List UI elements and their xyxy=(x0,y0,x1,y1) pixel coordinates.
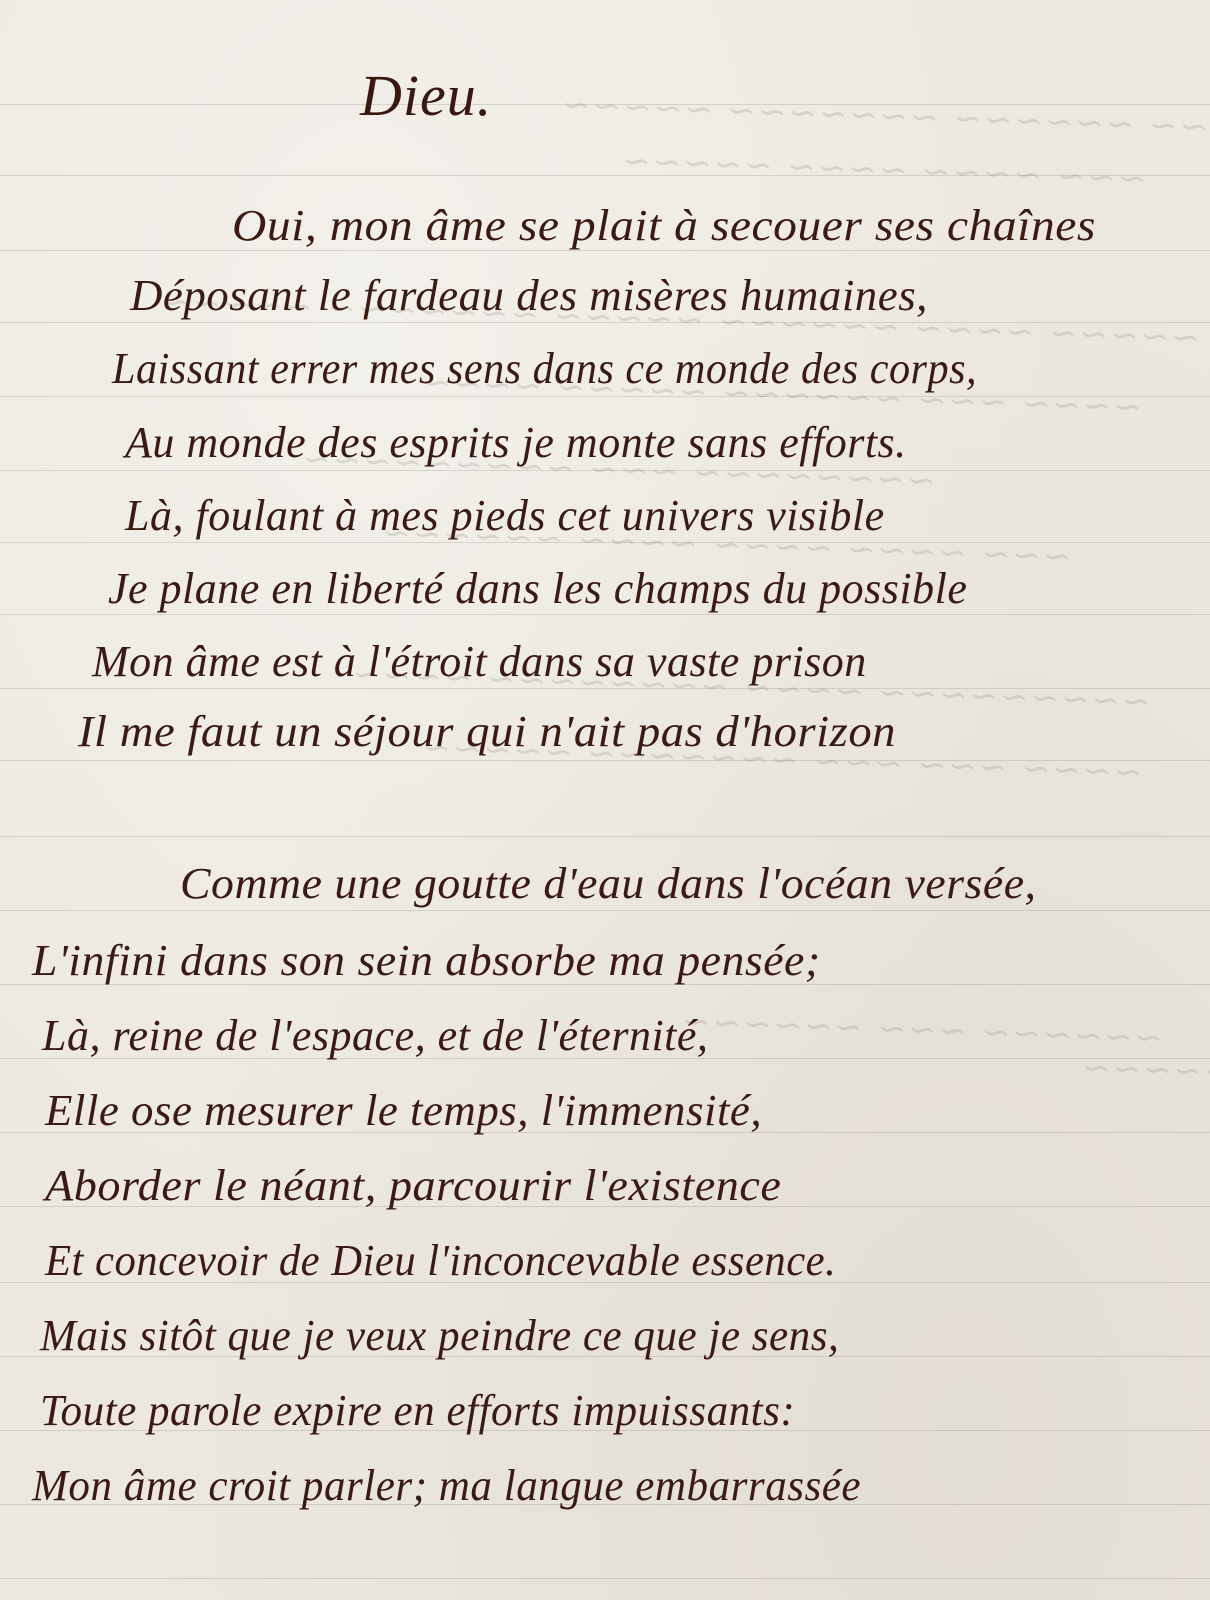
poem-title: Dieu. xyxy=(360,62,492,129)
poem-line: Oui, mon âme se plait à secouer ses chaî… xyxy=(232,200,1096,251)
poem-line: Mais sitôt que je veux peindre ce que je… xyxy=(40,1310,839,1361)
poem-line: Laissant errer mes sens dans ce monde de… xyxy=(112,343,977,394)
ruled-line xyxy=(0,836,1210,837)
ruled-line xyxy=(0,910,1210,911)
poem-line: Et concevoir de Dieu l'inconcevable esse… xyxy=(45,1235,836,1286)
poem-line: Je plane en liberté dans les champs du p… xyxy=(108,563,967,614)
poem-line: Au monde des esprits je monte sans effor… xyxy=(125,417,907,468)
manuscript-page: ~~ ~~~~~~ ~~~~~~~ ~~~~~ ~~~ ~~~~ ~~~~ ~~… xyxy=(0,0,1210,1600)
poem-line: L'infini dans son sein absorbe ma pensée… xyxy=(32,935,821,986)
bleed-through-text: ~~~~~ xyxy=(1079,1047,1210,1092)
poem-line: Mon âme est à l'étroit dans sa vaste pri… xyxy=(92,636,867,687)
poem-line: Là, reine de l'espace, et de l'éternité, xyxy=(42,1010,708,1061)
bleed-through-text: ~~ ~~~~~~ ~~~~~~~ ~~~~~ xyxy=(559,85,1208,148)
poem-line: Là, foulant à mes pieds cet univers visi… xyxy=(125,490,885,541)
poem-line: Toute parole expire en efforts impuissan… xyxy=(40,1385,795,1436)
poem-line: Aborder le néant, parcourir l'existence xyxy=(45,1160,781,1211)
ruled-line xyxy=(0,614,1210,615)
poem-line: Comme une goutte d'eau dans l'océan vers… xyxy=(180,858,1037,909)
poem-line: Il me faut un séjour qui n'ait pas d'hor… xyxy=(78,706,896,757)
poem-line: Déposant le fardeau des misères humaines… xyxy=(130,270,928,321)
poem-line: Mon âme croit parler; ma langue embarras… xyxy=(32,1460,861,1511)
poem-line: Elle ose mesurer le temps, l'immensité, xyxy=(45,1085,762,1136)
ruled-line xyxy=(0,1578,1210,1579)
bleed-through-text: ~~~ ~~~~ ~~~~ ~~~~~ xyxy=(619,141,1146,199)
